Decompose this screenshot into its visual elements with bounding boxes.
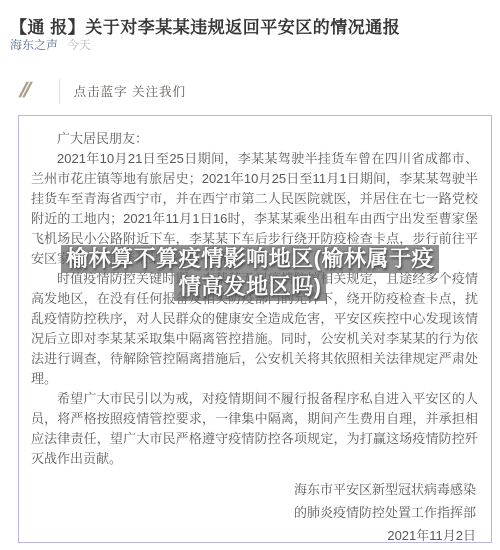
follow-banner-text[interactable]: 点击蓝字 关注我们 bbox=[74, 82, 186, 100]
signature-date: 2021年11月2日 bbox=[31, 524, 476, 547]
banner-divider bbox=[59, 79, 60, 103]
follow-banner[interactable]: // 点击蓝字 关注我们 bbox=[20, 78, 186, 104]
notice-signature: 海东市平安区新型冠状病毒感染 的肺炎疫情防控处置工作指挥部 2021年11月2日 bbox=[31, 478, 478, 547]
quote-mark-icon: // bbox=[18, 78, 29, 104]
notice-box: 广大居民朋友： 2021年10月21日至25日期间，李某某驾驶半挂货车曾在四川省… bbox=[18, 115, 492, 543]
article-meta: 海东之声今天 bbox=[10, 38, 91, 52]
signature-line: 海东市平安区新型冠状病毒感染 bbox=[31, 478, 476, 501]
signature-line: 的肺炎疫情防控处置工作指挥部 bbox=[31, 501, 476, 524]
source-account-link[interactable]: 海东之声 bbox=[10, 38, 58, 52]
notice-paragraph: 时值疫情防控关键时期，李某某无视疫情防控相关规定，且途经多个疫情高发地区，在没有… bbox=[31, 269, 478, 389]
publish-time: 今天 bbox=[67, 38, 91, 52]
notice-paragraph: 2021年10月21日至25日期间，李某某驾驶半挂货车曾在四川省成都市、兰州市花… bbox=[31, 149, 478, 269]
notice-salutation: 广大居民朋友： bbox=[31, 129, 478, 149]
article-page: 【通 报】关于对李某某违规返回平安区的情况通报 海东之声今天 // 点击蓝字 关… bbox=[0, 0, 500, 550]
notice-paragraph: 希望广大市民引以为戒，对疫情期间不履行报备程序私自进入平安区的人员，将严格按照疫… bbox=[31, 389, 478, 469]
article-title: 【通 报】关于对李某某违规返回平安区的情况通报 bbox=[10, 16, 490, 40]
